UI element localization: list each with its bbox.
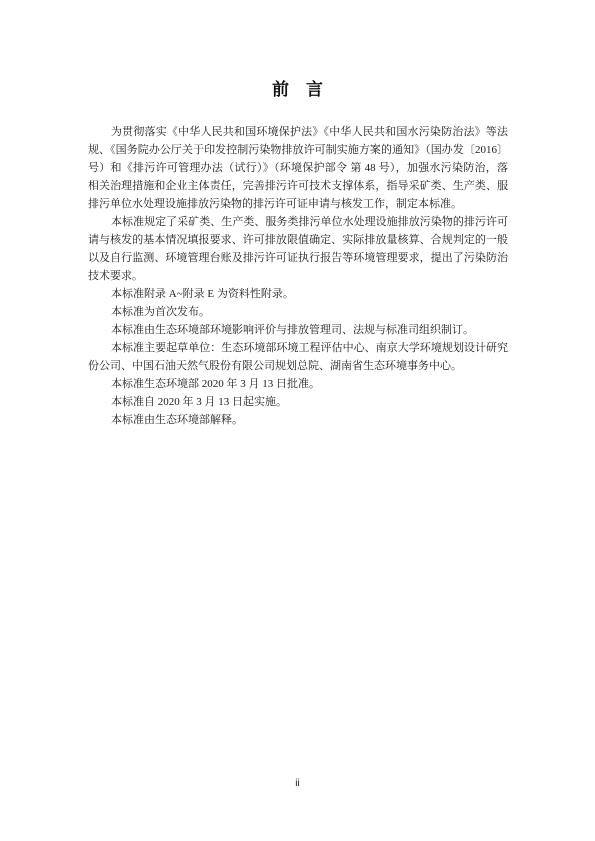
paragraph: 本标准规定了采矿类、生产类、服务类排污单位水处理设施排放污染物的排污许可证申请与…	[88, 213, 508, 285]
paragraph: 本标准附录 A~附录 E 为资料性附录。	[88, 285, 508, 303]
text-line: 本标准生态环境部 2020 年 3 月 13 日批准。	[88, 375, 508, 393]
paragraph: 本标准由生态环境部解释。	[88, 411, 508, 429]
text-line: 本标准自 2020 年 3 月 13 日起实施。	[88, 393, 508, 411]
paragraph: 本标准自 2020 年 3 月 13 日起实施。	[88, 393, 508, 411]
text-line: 本标准附录 A~附录 E 为资料性附录。	[88, 285, 508, 303]
text-line: 本标准规定了采矿类、生产类、服务类排污单位水处理设施排放污染物的排污许可证申	[88, 213, 508, 231]
text-line: 份公司、中国石油天然气股份有限公司规划总院、湖南省生态环境事务中心。	[88, 357, 508, 375]
text-line: 相关治理措施和企业主体责任，完善排污许可技术支撑体系，指导采矿类、生产类、服务类	[88, 177, 508, 195]
text-line: 排污单位水处理设施排放污染物的排污许可证申请与核发工作，制定本标准。	[88, 195, 508, 213]
page-title: 前 言	[0, 80, 595, 100]
text-line: 本标准由生态环境部解释。	[88, 411, 508, 429]
paragraph: 本标准生态环境部 2020 年 3 月 13 日批准。	[88, 375, 508, 393]
text-line: 规、《国务院办公厅关于印发控制污染物排放许可制实施方案的通知》（国办发〔2016…	[88, 141, 508, 159]
document-body: 为贯彻落实《中华人民共和国环境保护法》《中华人民共和国水污染防治法》等法律法规、…	[88, 123, 508, 429]
text-line: 本标准由生态环境部环境影响评价与排放管理司、法规与标准司组织制订。	[88, 321, 508, 339]
page-number: ii	[0, 778, 595, 789]
paragraph: 本标准为首次发布。	[88, 303, 508, 321]
text-line: 技术要求。	[88, 267, 508, 285]
text-line: 号）和《排污许可管理办法（试行）》（环境保护部令 第 48 号），加强水污染防治…	[88, 159, 508, 177]
document-page: 前 言 为贯彻落实《中华人民共和国环境保护法》《中华人民共和国水污染防治法》等法…	[0, 0, 595, 841]
text-line: 为贯彻落实《中华人民共和国环境保护法》《中华人民共和国水污染防治法》等法律法	[88, 123, 508, 141]
text-line: 以及自行监测、环境管理台账及排污许可证执行报告等环境管理要求，提出了污染防治可行	[88, 249, 508, 267]
paragraph: 本标准主要起草单位：生态环境部环境工程评估中心、南京大学环境规划设计研究院股份公…	[88, 339, 508, 375]
paragraph: 本标准由生态环境部环境影响评价与排放管理司、法规与标准司组织制订。	[88, 321, 508, 339]
text-line: 请与核发的基本情况填报要求、许可排放限值确定、实际排放量核算、合规判定的一般方法…	[88, 231, 508, 249]
paragraph: 为贯彻落实《中华人民共和国环境保护法》《中华人民共和国水污染防治法》等法律法规、…	[88, 123, 508, 213]
text-line: 本标准为首次发布。	[88, 303, 508, 321]
text-line: 本标准主要起草单位：生态环境部环境工程评估中心、南京大学环境规划设计研究院股	[88, 339, 508, 357]
